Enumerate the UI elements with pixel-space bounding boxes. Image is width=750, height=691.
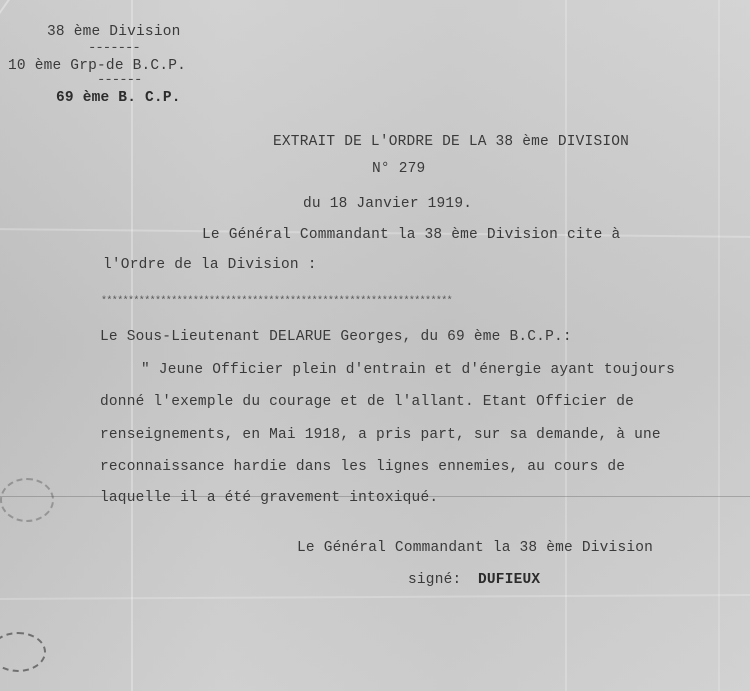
header-division: 38 ème Division [47, 24, 181, 40]
citation-line: donné l'exemple du courage et de l'allan… [100, 394, 634, 410]
header-separator: ------ [97, 72, 141, 88]
citation-intro: l'Ordre de la Division : [103, 257, 317, 273]
recipient: Le Sous-Lieutenant DELARUE Georges, du 6… [100, 329, 572, 345]
citation-line: renseignements, en Mai 1918, a pris part… [100, 427, 661, 443]
signature-label: signé: [408, 572, 461, 588]
citation-intro: Le Général Commandant la 38 ème Division… [202, 227, 620, 243]
header-battalion: 69 ème B. C.P. [56, 90, 181, 106]
citation-line: laquelle il a été gravement intoxiqué. [100, 490, 438, 506]
signature-title: Le Général Commandant la 38 ème Division [297, 540, 653, 556]
citation-line: " Jeune Officier plein d'entrain et d'én… [141, 362, 675, 378]
citation-line: reconnaissance hardie dans les lignes en… [100, 459, 625, 475]
header-separator: ------- [88, 40, 140, 56]
order-date: du 18 Janvier 1919. [303, 196, 472, 212]
order-number: N° 279 [372, 161, 425, 177]
document-title: EXTRAIT DE L'ORDRE DE LA 38 ème DIVISION [273, 134, 629, 150]
signature-name: DUFIEUX [478, 572, 540, 588]
star-divider: ****************************************… [101, 296, 452, 307]
